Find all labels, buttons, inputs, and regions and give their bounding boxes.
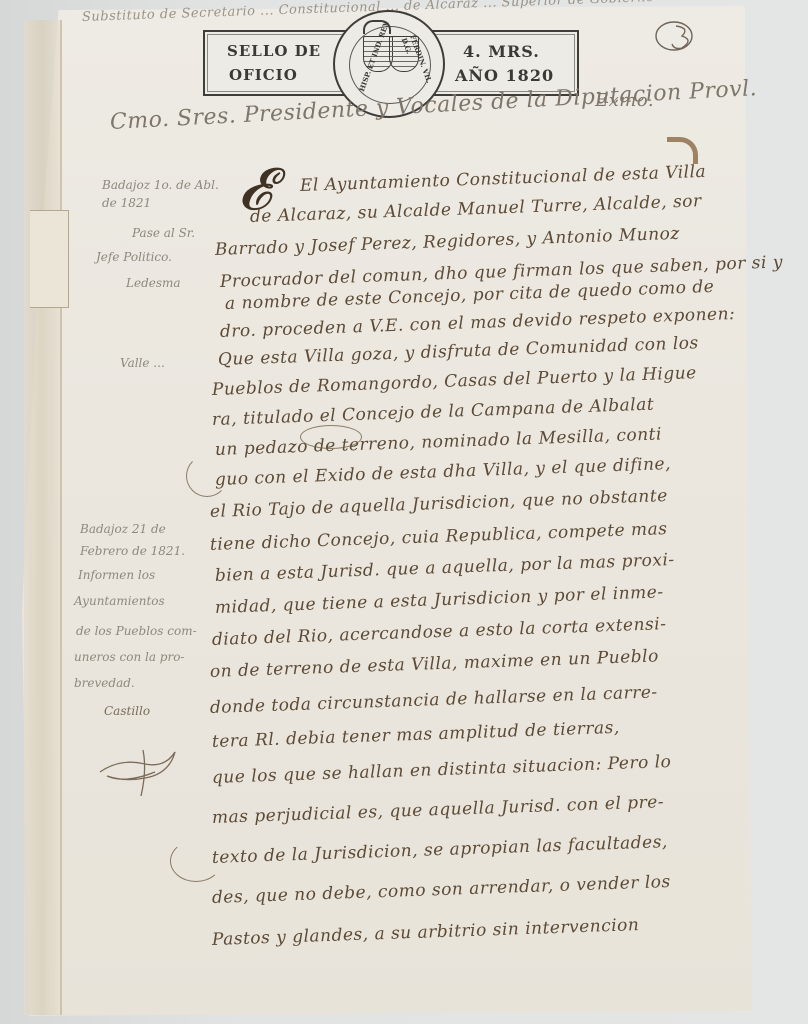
margin-note: Pase al Sr. <box>132 226 195 240</box>
signature-rubric-icon <box>95 740 190 800</box>
stamp-year: AÑO 1820 <box>455 68 554 84</box>
stamp-oficio: OFICIO <box>229 68 298 83</box>
margin-note: de los Pueblos com- <box>76 624 197 638</box>
margin-note: brevedad. <box>74 676 135 690</box>
margin-note: Valle ... <box>120 356 165 370</box>
margin-note: Informen los <box>78 568 155 582</box>
margin-note: Badajoz 1o. de Abl. <box>102 178 219 192</box>
margin-note: uneros con la pro- <box>74 650 184 664</box>
salutation-title: Exmo. <box>595 90 654 111</box>
binding-edge <box>24 20 62 1015</box>
margin-note: Badajoz 21 de <box>80 522 166 536</box>
pen-flourish <box>300 425 362 449</box>
margin-note: Ledesma <box>126 276 181 290</box>
margin-note: Jefe Politico. <box>96 250 172 264</box>
stamp-value: 4. MRS. <box>463 44 540 60</box>
margin-note: Febrero de 1821. <box>80 544 185 558</box>
margin-note: de 1821 <box>102 196 151 210</box>
margin-note: Ayuntamientos <box>74 594 165 608</box>
corner-flourish-icon <box>652 18 706 54</box>
document-photo: Substituto de Secretario ... Constitucio… <box>0 0 808 1024</box>
signature-castillo: Castillo <box>104 704 150 718</box>
paper-fold <box>30 210 69 308</box>
pen-flourish <box>170 840 222 882</box>
stamp-sello-de: SELLO DE <box>227 44 321 59</box>
pen-flourish <box>186 455 228 497</box>
